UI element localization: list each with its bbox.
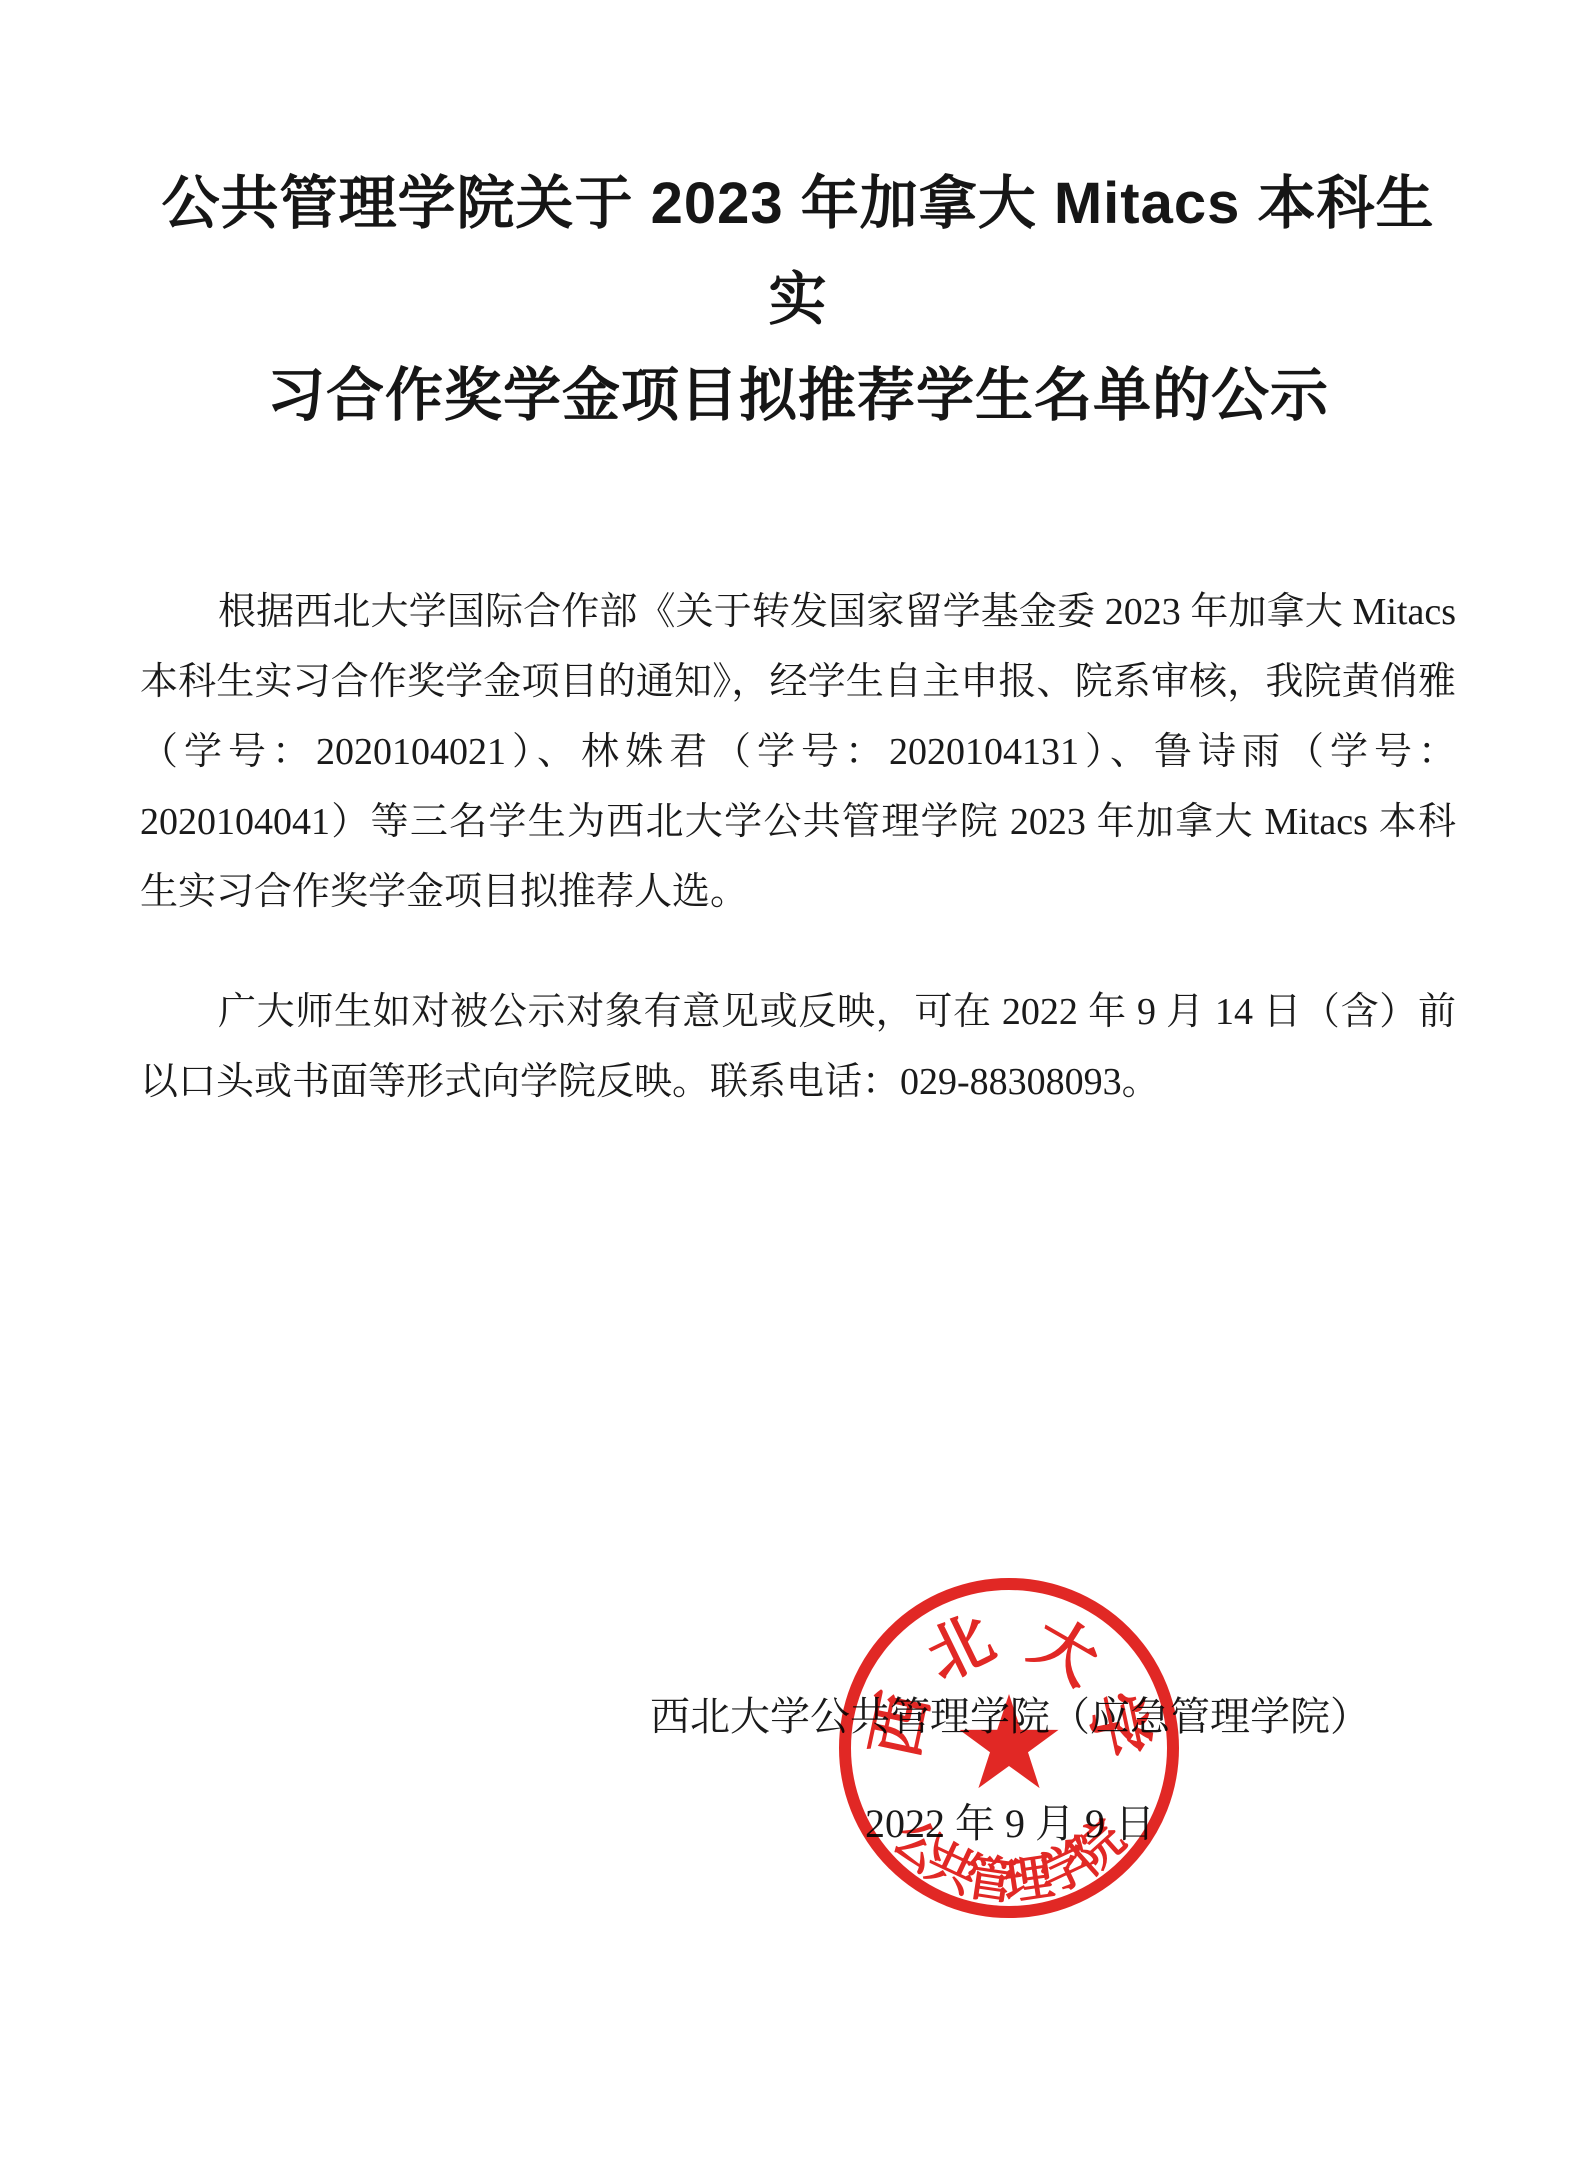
paragraph-recommendation: 根据西北大学国际合作部《关于转发国家留学基金委 2023 年加拿大 Mitacs…	[140, 577, 1456, 927]
signature-block: 西北大学公共管理学院（应急管理学院） 2022 年 9 月 9 日	[610, 1692, 1410, 1849]
signature-org: 西北大学公共管理学院（应急管理学院）	[610, 1692, 1410, 1742]
signature-date: 2022 年 9 月 9 日	[610, 1799, 1410, 1849]
page-title: 公共管理学院关于 2023 年加拿大 Mitacs 本科生实 习合作奖学金项目拟…	[140, 156, 1456, 444]
stamp-top-char: 大	[1019, 1605, 1110, 1698]
stamp-bottom-char: 管	[961, 1848, 1019, 1911]
document-body: 根据西北大学国际合作部《关于转发国家留学基金委 2023 年加拿大 Mitacs…	[140, 577, 1456, 1117]
announcement-page: 公共管理学院关于 2023 年加拿大 Mitacs 本科生实 习合作奖学金项目拟…	[0, 0, 1596, 2160]
title-line-2: 习合作奖学金项目拟推荐学生名单的公示	[140, 348, 1456, 444]
stamp-top-char: 北	[916, 1602, 1005, 1694]
title-line-1: 公共管理学院关于 2023 年加拿大 Mitacs 本科生实	[140, 156, 1456, 348]
stamp-bottom-char: 理	[1000, 1848, 1058, 1911]
paragraph-feedback: 广大师生如对被公示对象有意见或反映，可在 2022 年 9 月 14 日（含）前…	[140, 977, 1456, 1117]
